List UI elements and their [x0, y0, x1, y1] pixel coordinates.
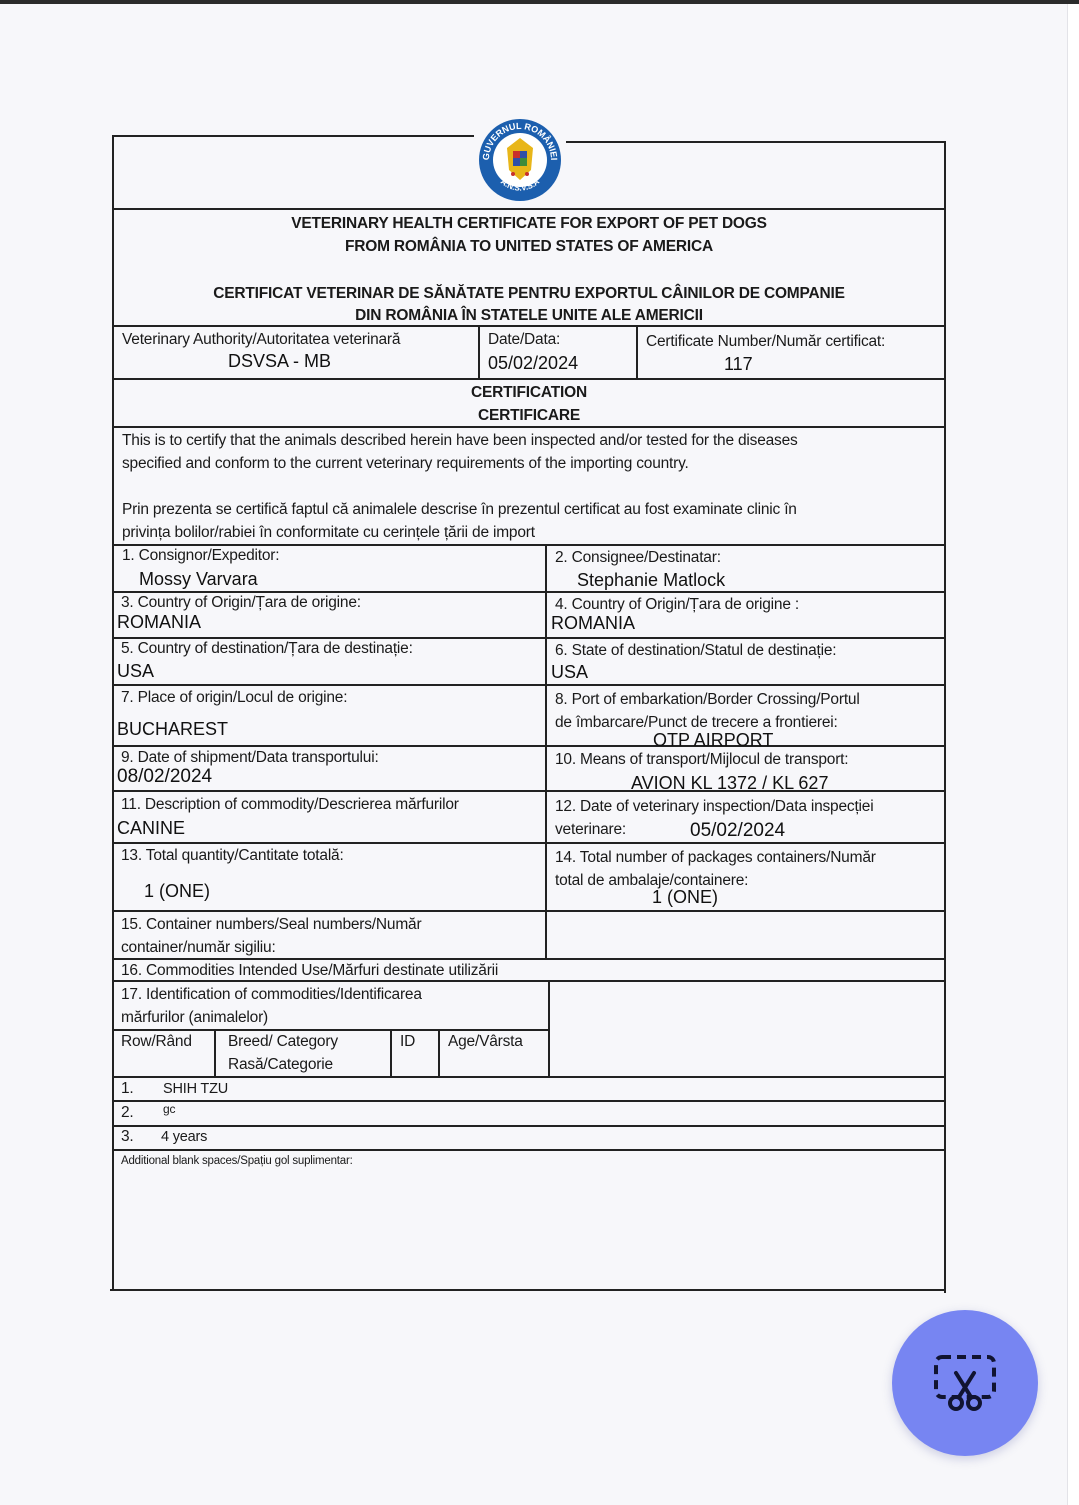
container-numbers-label-1: 15. Container numbers/Seal numbers/Număr — [121, 916, 421, 934]
certification-text-en-2: specified and conform to the current vet… — [122, 455, 689, 473]
certificate-number-label: Certificate Number/Număr certificat: — [646, 333, 885, 351]
date-value: 05/02/2024 — [488, 353, 578, 373]
intended-use-label: 16. Commodities Intended Use/Mărfuri des… — [121, 962, 498, 980]
country-origin-value: ROMANIA — [117, 612, 201, 632]
certification-heading-en: CERTIFICATION — [112, 384, 946, 402]
inspection-date-label-2: veterinare: — [555, 821, 626, 839]
total-quantity-label: 13. Total quantity/Cantitate totală: — [121, 847, 344, 865]
inspection-date-label-1: 12. Date of veterinary inspection/Data i… — [555, 798, 873, 816]
country-origin-2-label: 4. Country of Origin/Țara de origine : — [555, 596, 799, 614]
frame-top-right — [566, 141, 946, 143]
table-row-1-value: SHIH TZU — [163, 1080, 228, 1098]
container-numbers-label-2: container/număr sigiliu: — [121, 939, 276, 957]
port-embarkation-label-1: 8. Port of embarkation/Border Crossing/P… — [555, 691, 860, 709]
place-origin-value: BUCHAREST — [117, 719, 228, 739]
consignee-value: Stephanie Matlock — [577, 570, 725, 590]
table-row-2-value: gc — [163, 1100, 175, 1118]
authority-label: Veterinary Authority/Autoritatea veterin… — [122, 331, 400, 349]
screenshot-crop-button[interactable] — [892, 1310, 1038, 1456]
col-breed-header: Breed/ Category — [228, 1033, 338, 1051]
packages-value: 1 (ONE) — [652, 887, 718, 907]
shipment-date-value: 08/02/2024 — [117, 767, 212, 787]
state-destination-label: 6. State of destination/Statul de destin… — [555, 642, 836, 660]
country-destination-value: USA — [117, 661, 154, 681]
transport-value: AVION KL 1372 / KL 627 — [631, 773, 828, 793]
screenshot-crop-scissors-icon — [932, 1353, 998, 1413]
table-row-3-num: 3. — [121, 1128, 134, 1146]
col-id-header: ID — [400, 1033, 415, 1051]
col-row-header: Row/Rând — [121, 1033, 192, 1051]
frame-bottom — [110, 1289, 946, 1291]
title-en-line1: VETERINARY HEALTH CERTIFICATE FOR EXPORT… — [112, 215, 946, 233]
transport-label: 10. Means of transport/Mijlocul de trans… — [555, 751, 848, 769]
shipment-date-label: 9. Date of shipment/Data transportului: — [121, 749, 379, 767]
identification-label-2: mărfurilor (animalelor) — [121, 1009, 268, 1027]
consignee-label: 2. Consignee/Destinatar: — [555, 549, 721, 567]
authority-value: DSVSA - MB — [228, 351, 331, 371]
title-ro-line1: CERTIFICAT VETERINAR DE SĂNĂTATE PENTRU … — [112, 285, 946, 303]
consignor-value: Mossy Varvara — [139, 569, 258, 589]
country-origin-2-value: ROMANIA — [551, 613, 635, 633]
additional-spaces-label: Additional blank spaces/Spațiu gol supli… — [121, 1152, 353, 1170]
date-label: Date/Data: — [488, 331, 560, 349]
state-destination-value: USA — [551, 662, 588, 682]
table-row-1-num: 1. — [121, 1080, 134, 1098]
col-breed-subheader: Rasă/Categorie — [228, 1056, 333, 1074]
ansvsa-seal-icon: GUVERNUL ROMÂNIEI A.N.S.V.S.A — [475, 118, 565, 202]
table-row-3-value: 4 years — [161, 1128, 207, 1146]
title-ro-line2: DIN ROMÂNIA ÎN STATELE UNITE ALE AMERICI… — [112, 307, 946, 325]
country-destination-label: 5. Country of destination/Țara de destin… — [121, 640, 413, 658]
country-origin-label: 3. Country of Origin/Țara de origine: — [121, 594, 361, 612]
certification-heading-ro: CERTIFICARE — [112, 407, 946, 425]
frame-top-left — [112, 135, 474, 137]
place-origin-label: 7. Place of origin/Locul de origine: — [121, 689, 347, 707]
page-edge — [1067, 4, 1079, 1505]
certificate-number-value: 117 — [724, 354, 753, 374]
commodity-label: 11. Description of commodity/Descrierea … — [121, 796, 459, 814]
port-embarkation-value: OTP AIRPORT — [653, 730, 773, 750]
packages-label-1: 14. Total number of packages containers/… — [555, 849, 876, 867]
col-age-header: Age/Vârsta — [448, 1033, 523, 1051]
certification-text-ro-2: privința bolilor/rabiei în conformitate … — [122, 524, 535, 542]
commodity-value: CANINE — [117, 818, 185, 838]
total-quantity-value: 1 (ONE) — [144, 881, 210, 901]
table-row-2-num: 2. — [121, 1104, 134, 1122]
inspection-date-value: 05/02/2024 — [690, 821, 785, 841]
certification-text-en-1: This is to certify that the animals desc… — [122, 432, 798, 450]
title-en-line2: FROM ROMÂNIA TO UNITED STATES OF AMERICA — [112, 238, 946, 256]
identification-label-1: 17. Identification of commodities/Identi… — [121, 986, 422, 1004]
consignor-label: 1. Consignor/Expeditor: — [122, 547, 279, 565]
certification-text-ro-1: Prin prezenta se certifică faptul că ani… — [122, 501, 797, 519]
